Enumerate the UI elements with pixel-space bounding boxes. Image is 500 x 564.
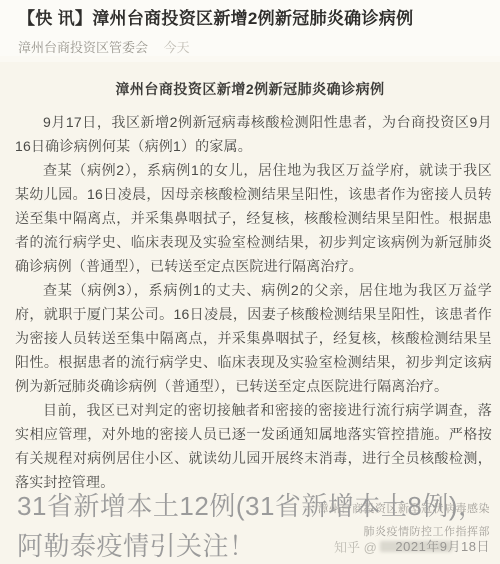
page-title: 【快 讯】漳州台商投资区新增2例新冠肺炎确诊病例 bbox=[18, 7, 482, 31]
notice-title: 漳州台商投资区新增2例新冠肺炎确诊病例 bbox=[0, 79, 500, 99]
account-name[interactable]: 漳州台商投资区管委会 bbox=[18, 40, 148, 55]
notice-paragraph-3: 查某（病例3），系病例1的丈夫、病例2的父亲，居住地为我区万益学府，就职于厦门某… bbox=[15, 278, 492, 398]
overlay-headline-line-2: 阿勒泰疫情引关注！ bbox=[17, 526, 485, 564]
article-meta: 漳州台商投资区管委会 今天 bbox=[18, 40, 482, 56]
notice-paragraph-2: 查某（病例2），系病例1的女儿，居住地为我区万益学府，就读于我区某幼儿园。16日… bbox=[15, 158, 492, 278]
publish-time: 今天 bbox=[164, 40, 190, 55]
notice-paragraph-1: 9月17日，我区新增2例新冠病毒核酸检测阳性患者，为台商投资区9月16日确诊病例… bbox=[15, 110, 492, 158]
article-header: 【快 讯】漳州台商投资区新增2例新冠肺炎确诊病例 漳州台商投资区管委会 今天 bbox=[0, 0, 500, 56]
article-page: 【快 讯】漳州台商投资区新增2例新冠肺炎确诊病例 漳州台商投资区管委会 今天 漳… bbox=[0, 0, 500, 564]
overlay-headline-line-1: 31省新增本土12例(31省新增本土8例)， bbox=[17, 486, 485, 526]
notice-body: 9月17日，我区新增2例新冠病毒核酸检测阳性患者，为台商投资区9月16日确诊病例… bbox=[0, 110, 500, 494]
notice-paragraph-4: 目前，我区已对判定的密切接触者和密接的密接进行流行病学调查，落实相应管理，对外地… bbox=[15, 398, 492, 494]
overlay-headline[interactable]: 31省新增本土12例(31省新增本土8例)， 阿勒泰疫情引关注！ bbox=[17, 486, 485, 564]
